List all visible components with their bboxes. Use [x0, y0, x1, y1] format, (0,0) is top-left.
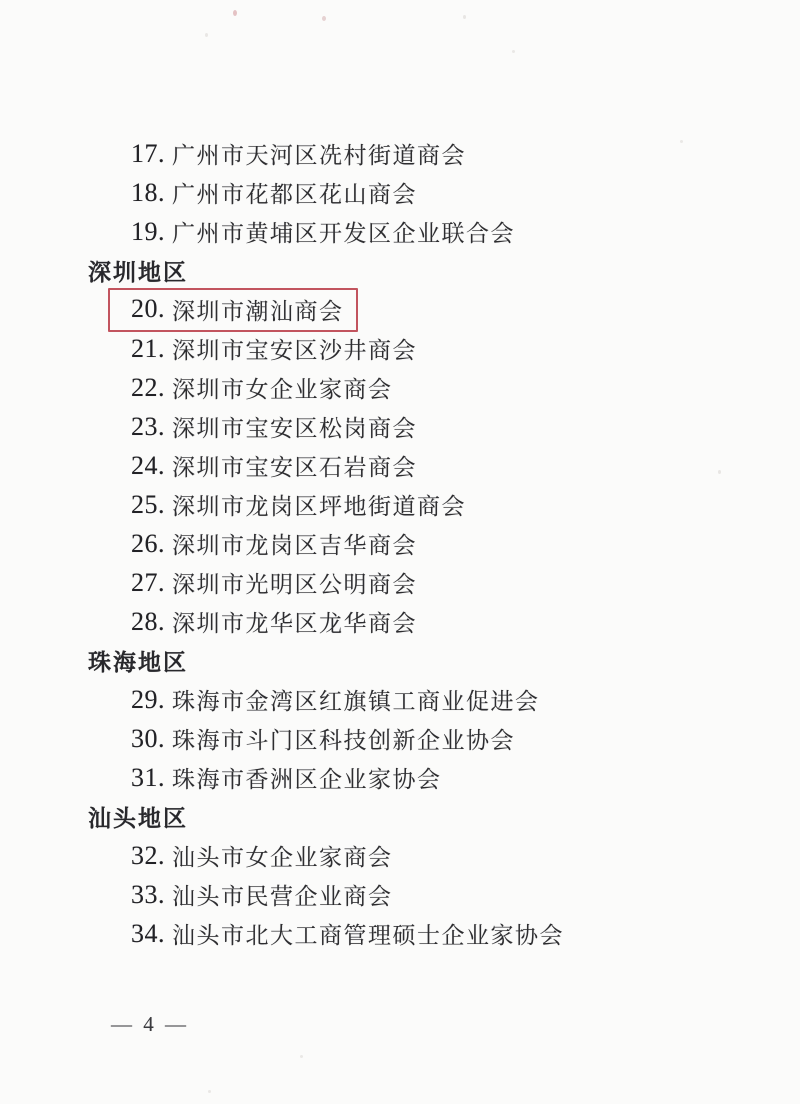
org-list: 17.广州市天河区冼村街道商会18.广州市花都区花山商会19.广州市黄埔区开发区…	[0, 134, 800, 953]
list-item: 17.广州市天河区冼村街道商会	[0, 134, 800, 173]
list-item: 25.深圳市龙岗区坪地街道商会	[0, 485, 800, 524]
scan-speck	[205, 33, 208, 37]
section-header: 深圳地区	[0, 251, 800, 290]
item-number: 32.	[131, 841, 165, 871]
item-number: 23.	[131, 412, 165, 442]
item-number: 34.	[131, 919, 165, 949]
scan-speck	[463, 15, 466, 19]
list-item: 33.汕头市民营企业商会	[0, 875, 800, 914]
highlight-box: 20.深圳市潮汕商会	[108, 288, 358, 332]
item-text: 深圳市宝安区石岩商会	[172, 449, 417, 482]
list-item: 29.珠海市金湾区红旗镇工商业促进会	[0, 680, 800, 719]
item-number: 20.	[131, 294, 165, 324]
item-number: 30.	[131, 724, 165, 754]
item-text: 汕头市民营企业商会	[172, 878, 393, 911]
page-number: — 4 —	[111, 1012, 189, 1037]
section-header: 汕头地区	[0, 797, 800, 836]
list-item: 18.广州市花都区花山商会	[0, 173, 800, 212]
item-text: 汕头市北大工商管理硕士企业家协会	[172, 917, 564, 950]
list-item: 26.深圳市龙岗区吉华商会	[0, 524, 800, 563]
list-item: 30.珠海市斗门区科技创新企业协会	[0, 719, 800, 758]
document-page: 17.广州市天河区冼村街道商会18.广州市花都区花山商会19.广州市黄埔区开发区…	[0, 0, 800, 1104]
list-item: 31.珠海市香洲区企业家协会	[0, 758, 800, 797]
item-number: 21.	[131, 334, 165, 364]
item-number: 22.	[131, 373, 165, 403]
item-text: 深圳市潮汕商会	[172, 293, 344, 326]
item-text: 深圳市宝安区松岗商会	[172, 410, 417, 443]
item-text: 深圳市宝安区沙井商会	[172, 332, 417, 365]
item-text: 深圳市女企业家商会	[172, 371, 393, 404]
section-header: 珠海地区	[0, 641, 800, 680]
item-text: 广州市花都区花山商会	[172, 176, 417, 209]
list-item: 28.深圳市龙华区龙华商会	[0, 602, 800, 641]
list-item: 21.深圳市宝安区沙井商会	[0, 329, 800, 368]
item-number: 25.	[131, 490, 165, 520]
list-item: 34.汕头市北大工商管理硕士企业家协会	[0, 914, 800, 953]
list-item: 32.汕头市女企业家商会	[0, 836, 800, 875]
item-text: 广州市天河区冼村街道商会	[172, 137, 466, 170]
item-text: 深圳市光明区公明商会	[172, 566, 417, 599]
item-text: 珠海市斗门区科技创新企业协会	[172, 722, 515, 755]
item-text: 汕头市女企业家商会	[172, 839, 393, 872]
list-item: 24.深圳市宝安区石岩商会	[0, 446, 800, 485]
list-item: 23.深圳市宝安区松岗商会	[0, 407, 800, 446]
item-text: 珠海市香洲区企业家协会	[172, 761, 442, 794]
item-number: 19.	[131, 217, 165, 247]
list-item: 19.广州市黄埔区开发区企业联合会	[0, 212, 800, 251]
item-number: 29.	[131, 685, 165, 715]
item-number: 28.	[131, 607, 165, 637]
item-number: 26.	[131, 529, 165, 559]
scan-speck	[512, 50, 515, 53]
list-item: 20.深圳市潮汕商会	[0, 290, 800, 329]
scan-speck	[233, 10, 237, 16]
item-number: 31.	[131, 763, 165, 793]
scan-speck	[300, 1055, 303, 1058]
item-text: 深圳市龙华区龙华商会	[172, 605, 417, 638]
item-text: 广州市黄埔区开发区企业联合会	[172, 215, 515, 248]
list-item: 22.深圳市女企业家商会	[0, 368, 800, 407]
item-number: 24.	[131, 451, 165, 481]
item-text: 珠海市金湾区红旗镇工商业促进会	[172, 683, 540, 716]
item-text: 深圳市龙岗区吉华商会	[172, 527, 417, 560]
item-number: 18.	[131, 178, 165, 208]
item-number: 27.	[131, 568, 165, 598]
list-item: 27.深圳市光明区公明商会	[0, 563, 800, 602]
item-number: 33.	[131, 880, 165, 910]
item-number: 17.	[131, 139, 165, 169]
item-text: 深圳市龙岗区坪地街道商会	[172, 488, 466, 521]
scan-speck	[322, 16, 326, 21]
scan-speck	[208, 1090, 211, 1093]
